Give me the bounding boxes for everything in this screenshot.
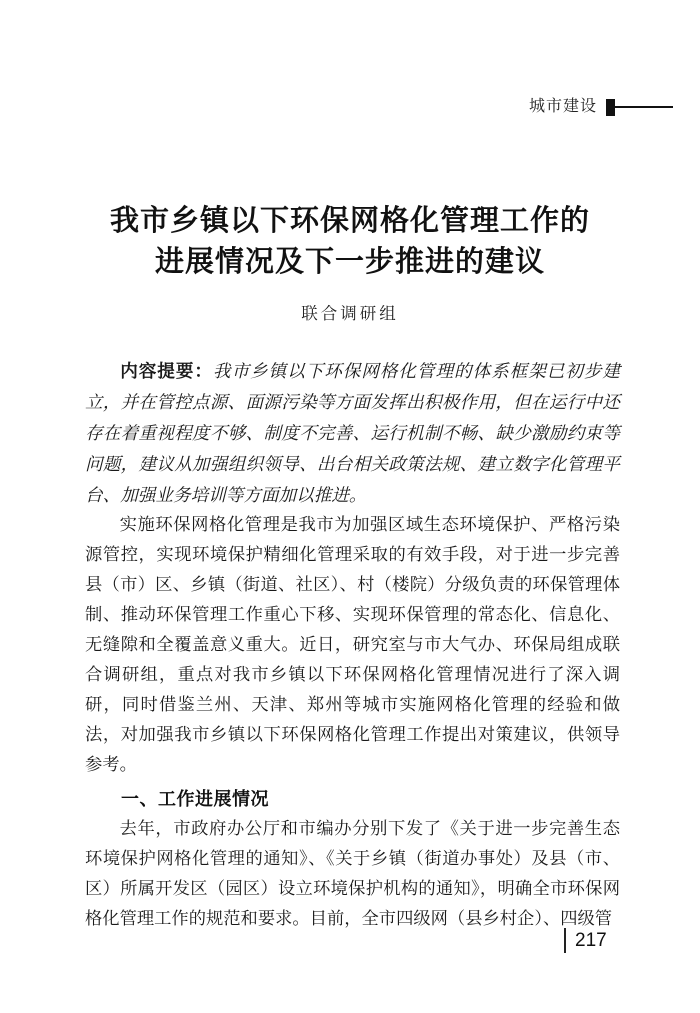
section1-heading: 一、工作进展情况 xyxy=(85,784,620,814)
running-head: 城市建设 xyxy=(0,96,673,118)
intro-paragraph: 实施环保网格化管理是我市为加强区域生态环境保护、严格污染源管控，实现环境保护精细… xyxy=(85,510,620,780)
page-number: 217 xyxy=(575,928,607,953)
article-title: 我市乡镇以下环保网格化管理工作的 进展情况及下一步推进的建议 xyxy=(0,201,700,283)
article-body: 实施环保网格化管理是我市为加强区域生态环境保护、严格污染源管控，实现环境保护精细… xyxy=(85,510,620,934)
running-head-section-label: 城市建设 xyxy=(529,96,597,118)
section-marker-icon xyxy=(606,99,615,116)
section1-paragraph: 去年，市政府办公厅和市编办分别下发了《关于进一步完善生态环境保护网格化管理的通知… xyxy=(85,814,620,934)
folio-rule xyxy=(564,928,566,953)
article-author: 联合调研组 xyxy=(0,302,700,326)
abstract-label: 内容提要： xyxy=(120,361,213,381)
running-head-rule xyxy=(615,106,673,108)
page-folio: 217 xyxy=(564,928,607,953)
abstract-paragraph: 内容提要：我市乡镇以下环保网格化管理的体系框架已初步建立，并在管控点源、面源污染… xyxy=(85,356,620,511)
article-title-line2: 进展情况及下一步推进的建议 xyxy=(155,246,545,278)
abstract-text: 我市乡镇以下环保网格化管理的体系框架已初步建立，并在管控点源、面源污染等方面发挥… xyxy=(85,361,620,505)
article-title-line1: 我市乡镇以下环保网格化管理工作的 xyxy=(110,205,590,237)
document-page: 城市建设 我市乡镇以下环保网格化管理工作的 进展情况及下一步推进的建议 联合调研… xyxy=(0,0,700,1013)
